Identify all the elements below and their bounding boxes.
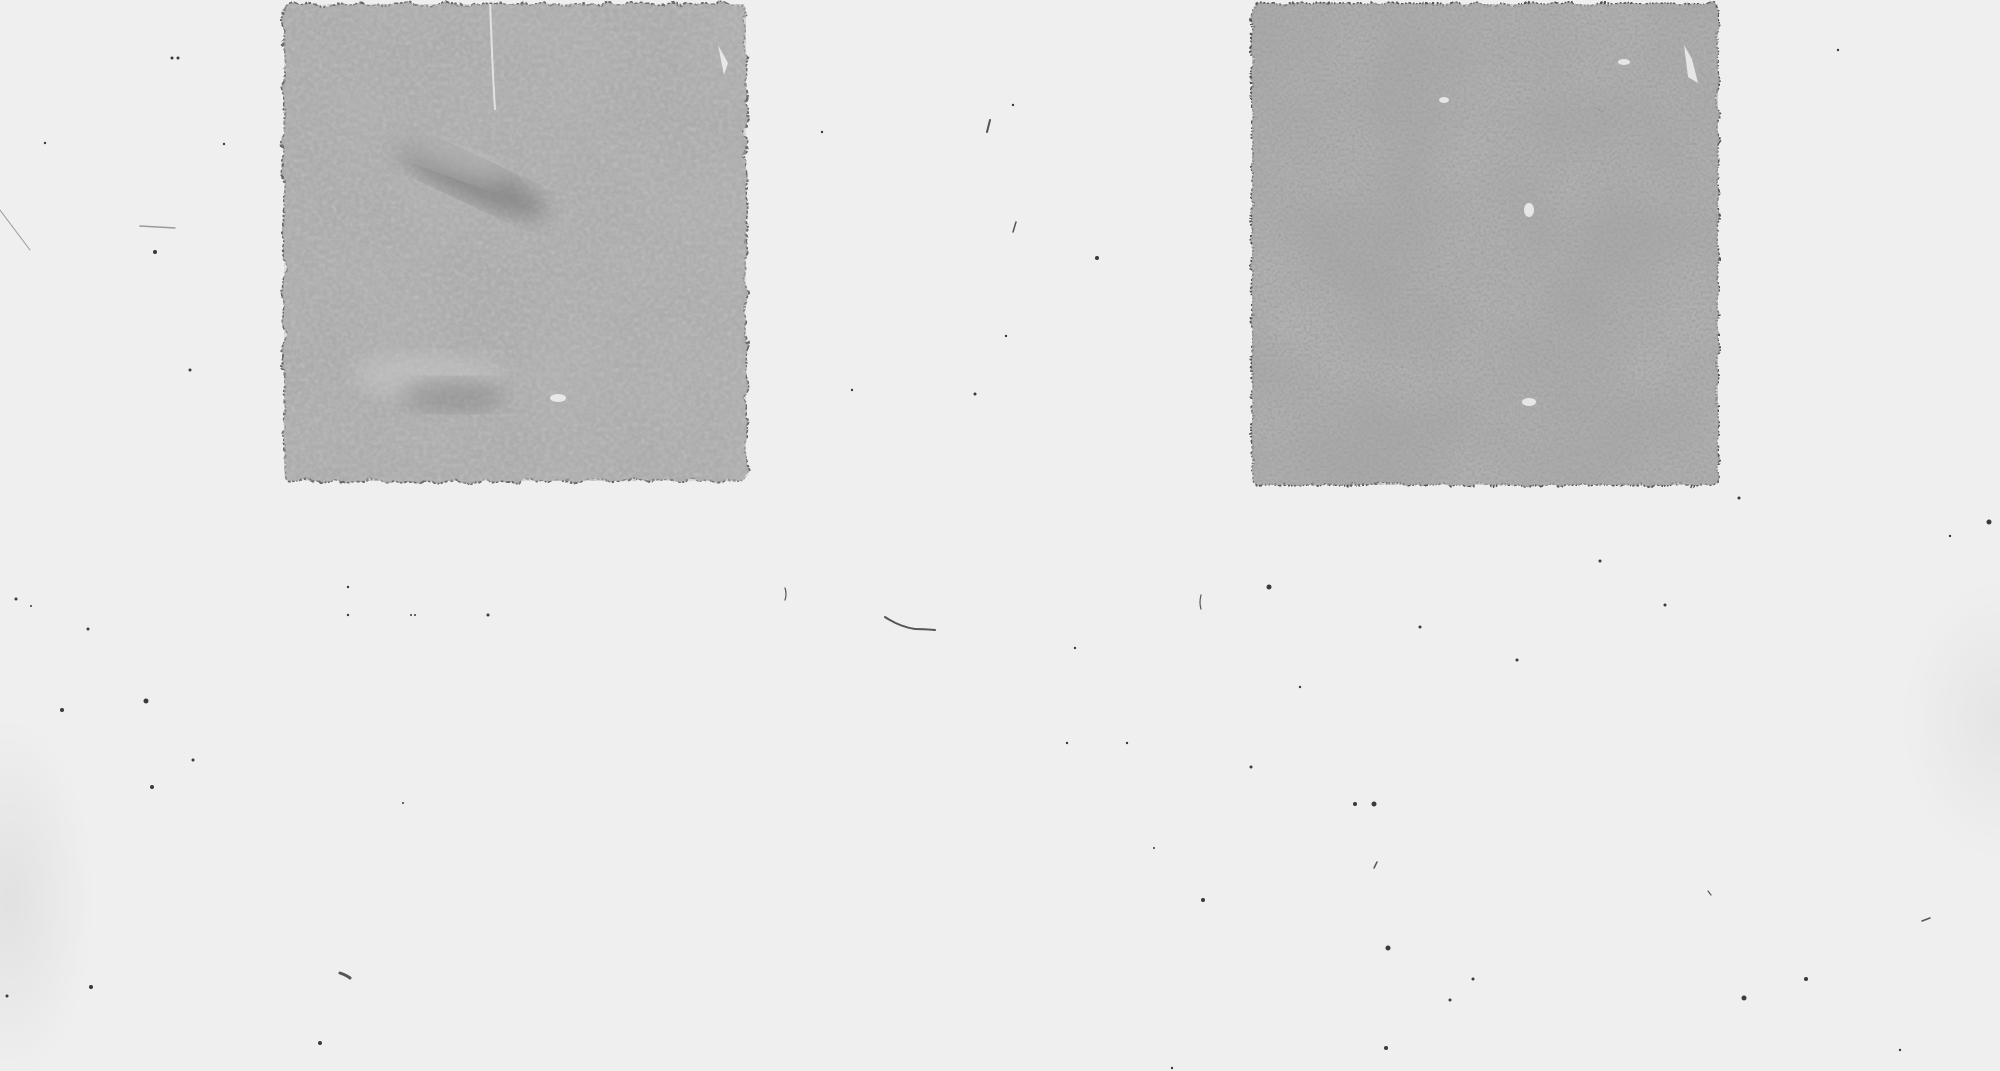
- left-gray-sample: [278, 0, 753, 487]
- scanned-surface: [0, 0, 2000, 1071]
- right-sample-texture: [1244, 0, 1726, 491]
- left-sample-texture: [278, 0, 753, 487]
- right-gray-sample: [1244, 0, 1726, 491]
